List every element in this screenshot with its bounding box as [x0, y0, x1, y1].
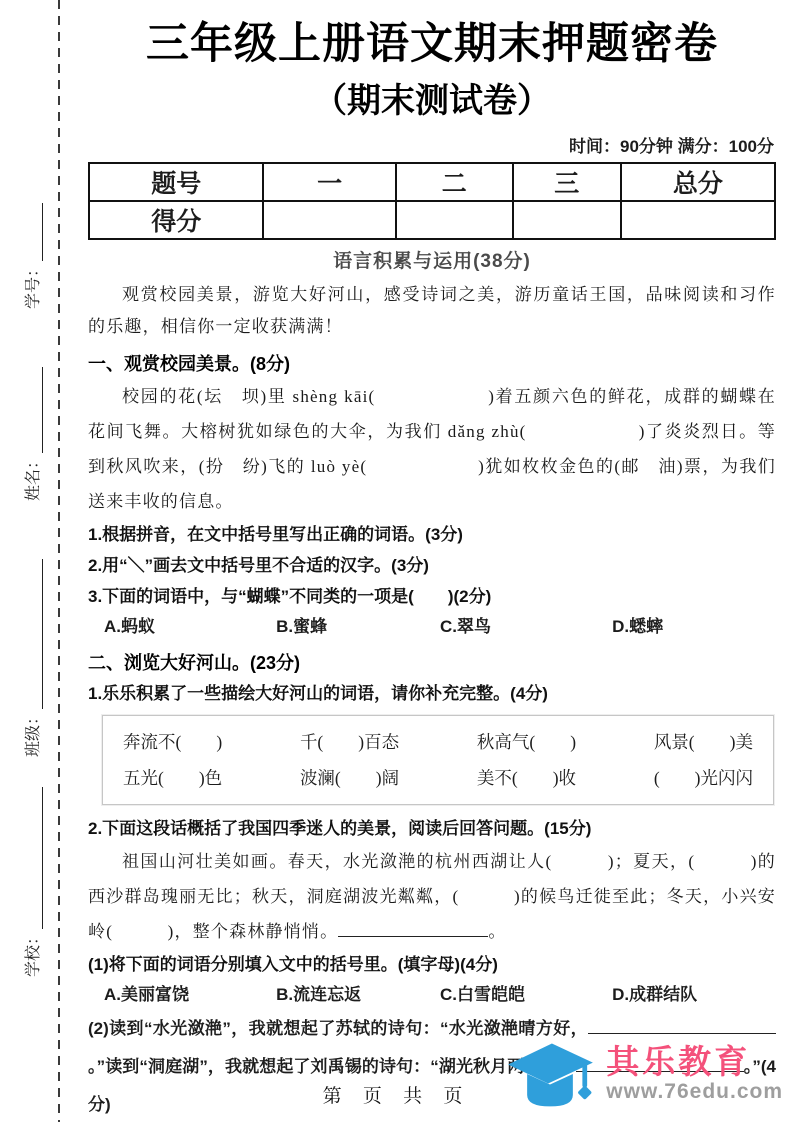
- time-score-meta: 时间：90分钟 满分：100分: [88, 132, 774, 157]
- option-b: B.流连忘返: [276, 980, 440, 1010]
- score-table-score-row: 得分: [89, 201, 775, 239]
- student-id-blank-line: [26, 203, 43, 261]
- brand-name: 其乐教育: [606, 1044, 783, 1080]
- option-b: B.蜜蜂: [276, 612, 440, 642]
- part2-question2: 2.下面这段话概括了我国四季迷人的美景，阅读后回答问题。(15分): [88, 813, 776, 844]
- part1-question2: 2.用“＼”画去文中括号里不合适的汉字。(3分): [88, 550, 776, 581]
- part1-passage: 校园的花(坛 坝)里 shèng kāi( )着五颜六色的鲜花，成群的蝴蝶在花间…: [88, 379, 776, 519]
- word-fill-box: 奔流不( ) 千( )百态 秋高气( ) 风景( )美 五光( )色 波澜( )…: [102, 715, 774, 805]
- student-id-label: 学号：: [20, 261, 43, 309]
- name-blank-line: [26, 367, 43, 453]
- header-question-number: 题号: [89, 163, 263, 201]
- header-section-two: 二: [396, 163, 513, 201]
- option-d: D.成群结队: [612, 980, 776, 1010]
- part2-sub-question1-options: A.美丽富饶 B.流连忘返 C.白雪皑皑 D.成群结队: [88, 980, 776, 1010]
- dashed-cut-line: [58, 0, 60, 1122]
- option-c: C.翠鸟: [440, 612, 612, 642]
- graduation-cap-icon: [502, 1034, 598, 1114]
- student-info-sidebar: 学校： 班级： 姓名： 学号：: [6, 0, 56, 1122]
- score-cell-three: [513, 201, 621, 239]
- part2-question1: 1.乐乐积累了一些描绘大好河山的词语，请你补充完整。(4分): [88, 678, 776, 709]
- name-label: 姓名：: [20, 453, 43, 501]
- score-row-label: 得分: [89, 201, 263, 239]
- part2-sub-question1: (1)将下面的词语分别填入文中的括号里。(填字母)(4分): [88, 949, 776, 980]
- word-item: 奔流不( ): [123, 724, 222, 760]
- option-d: D.蟋蟀: [612, 612, 776, 642]
- score-table-header-row: 题号 一 二 三 总分: [89, 163, 775, 201]
- option-a: A.美丽富饶: [104, 980, 276, 1010]
- header-section-one: 一: [263, 163, 395, 201]
- part1-question3-options: A.蚂蚁 B.蜜蜂 C.翠鸟 D.蟋蟀: [88, 612, 776, 642]
- word-item: 美不( )收: [477, 760, 576, 796]
- section-heading: 语言积累与运用(38分): [88, 246, 776, 273]
- part1-question1: 1.根据拼音，在文中括号里写出正确的词语。(3分): [88, 519, 776, 550]
- page-subtitle: （期末测试卷）: [88, 73, 776, 122]
- name-field: 姓名：: [20, 367, 43, 501]
- write-in-blank: [588, 1016, 776, 1034]
- exam-content: 三年级上册语文期末押题密卷 （期末测试卷） 时间：90分钟 满分：100分 题号…: [88, 0, 776, 1122]
- publisher-logo: 其乐教育 www.76edu.com: [502, 1034, 783, 1114]
- part1-title: 一、观赏校园美景。(8分): [88, 350, 776, 376]
- intro-paragraph: 观赏校园美景，游览大好河山，感受诗词之美，游历童话王国，品味阅读和习作的乐趣，相…: [88, 279, 776, 343]
- student-id-field: 学号：: [20, 203, 43, 309]
- page-title: 三年级上册语文期末押题密卷: [88, 20, 776, 69]
- part2-question2-passage: 祖国山河壮美如画。春天，水光潋滟的杭州西湖让人( )；夏天，( )的西沙群岛瑰丽…: [88, 844, 776, 949]
- word-item: 千( )百态: [300, 724, 399, 760]
- score-cell-one: [263, 201, 395, 239]
- part2-title: 二、浏览大好河山。(23分): [88, 649, 776, 675]
- school-label: 学校：: [20, 929, 43, 977]
- class-label: 班级：: [20, 709, 43, 757]
- exam-paper-page: 学校： 班级： 姓名： 学号： 三年级上册语文期末押题密卷 （期末测试卷） 时间…: [0, 0, 793, 1122]
- school-blank-line: [26, 787, 43, 929]
- school-field: 学校：: [20, 787, 43, 977]
- word-item: 五光( )色: [123, 760, 222, 796]
- word-item: 秋高气( ): [477, 724, 576, 760]
- score-cell-total: [621, 201, 775, 239]
- part1-question3: 3.下面的词语中，与“蝴蝶”不同类的一项是( )(2分): [88, 581, 776, 612]
- score-table: 题号 一 二 三 总分 得分: [88, 162, 776, 240]
- class-field: 班级：: [20, 559, 43, 757]
- header-section-three: 三: [513, 163, 621, 201]
- word-item: ( )光闪闪: [654, 760, 753, 796]
- write-in-blank: [338, 919, 488, 937]
- option-c: C.白雪皑皑: [440, 980, 612, 1010]
- class-blank-line: [26, 559, 43, 709]
- option-a: A.蚂蚁: [104, 612, 276, 642]
- passage-end: 。: [488, 922, 506, 941]
- brand-url: www.76edu.com: [606, 1080, 783, 1104]
- header-total-score: 总分: [621, 163, 775, 201]
- word-item: 波澜( )阔: [300, 760, 399, 796]
- score-cell-two: [396, 201, 513, 239]
- word-box-row-2: 五光( )色 波澜( )阔 美不( )收 ( )光闪闪: [123, 760, 753, 796]
- logo-text: 其乐教育 www.76edu.com: [606, 1044, 783, 1104]
- word-box-row-1: 奔流不( ) 千( )百态 秋高气( ) 风景( )美: [123, 724, 753, 760]
- word-item: 风景( )美: [654, 724, 753, 760]
